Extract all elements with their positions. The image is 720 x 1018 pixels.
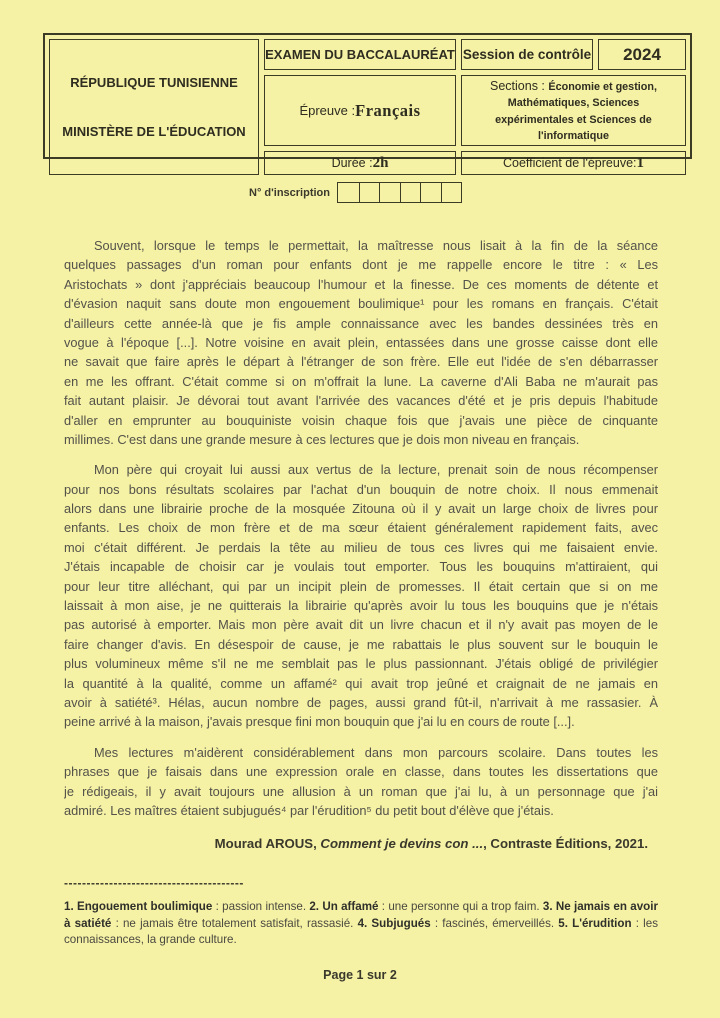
inscription-box-cell bbox=[338, 183, 359, 202]
year-value: 2024 bbox=[623, 45, 661, 65]
sections-label: Sections : bbox=[490, 79, 548, 93]
text-line: pour leur titre alléchant, qui par un in… bbox=[64, 577, 658, 596]
text-line: pour nos bons résultats scolaires par l'… bbox=[64, 480, 658, 499]
text-line: je rédigeais, il y avait toujours une al… bbox=[64, 782, 658, 801]
footnote-term: 4. Subjugués bbox=[358, 917, 431, 930]
text-line: J'étais incapable de choisir car je voul… bbox=[64, 557, 658, 576]
paragraph-3: Mes lectures m'aidèrent considérablement… bbox=[64, 743, 658, 821]
year-cell: 2024 bbox=[598, 39, 686, 70]
source-attribution: Mourad AROUS, Comment je devins con ...,… bbox=[64, 834, 658, 853]
text-line: 25peine arrivé à la maison, j'avais pres… bbox=[64, 712, 658, 731]
text-line: d'évasion naquit sans doute mon engoueme… bbox=[64, 294, 658, 313]
paragraph-2: Mon père qui croyait lui aussi aux vertu… bbox=[64, 460, 658, 731]
page-number: Page 1 sur 2 bbox=[0, 968, 720, 982]
footnotes: 1. Engouement boulimique : passion inten… bbox=[64, 899, 658, 949]
text-line: fait autant plaisir. Je dévorai tout ava… bbox=[64, 391, 658, 410]
inscription-box-cell bbox=[379, 183, 400, 202]
text-line: millimes. C'est dans une grande mesure à… bbox=[64, 430, 658, 449]
epreuve-value: Français bbox=[355, 101, 420, 121]
ministry-cell: RÉPUBLIQUE TUNISIENNE MINISTÈRE DE L'ÉDU… bbox=[49, 39, 259, 175]
coefficient-cell: Coefficient de l'épreuve: 1 bbox=[461, 151, 686, 175]
text-line: alors dans une librairie proche de la mo… bbox=[64, 499, 658, 518]
text-line: 15enfants. Les choix de mon frère et de … bbox=[64, 518, 658, 537]
attribution-author: Mourad AROUS, bbox=[215, 836, 321, 851]
text-line: en me les offrant. C'était comme si on m… bbox=[64, 372, 658, 391]
sections-cell: Sections : Économie et gestion, Mathémat… bbox=[461, 75, 686, 146]
footnote-term: 1. Engouement boulimique bbox=[64, 900, 212, 913]
inscription-boxes bbox=[337, 182, 462, 203]
exam-title: EXAMEN DU BACCALAURÉAT bbox=[265, 47, 455, 62]
text-line: faire changer d'avis. En désespoir de ca… bbox=[64, 635, 658, 654]
paragraph-1: Souvent, lorsque le temps le permettait,… bbox=[64, 236, 658, 449]
footnote-term: 5. L'érudition bbox=[558, 917, 631, 930]
text-line: la quantité à la qualité, comme un affam… bbox=[64, 674, 658, 693]
session-cell: Session de contrôle bbox=[461, 39, 593, 70]
exam-title-cell: EXAMEN DU BACCALAURÉAT bbox=[264, 39, 456, 70]
duree-cell: Durée : 2h bbox=[264, 151, 456, 175]
text-line: ne savait que faire après le départ à l'… bbox=[64, 352, 658, 371]
footnote-def: : ne jamais être totalement satisfait, r… bbox=[111, 917, 357, 930]
header-table: RÉPUBLIQUE TUNISIENNE MINISTÈRE DE L'ÉDU… bbox=[43, 33, 692, 159]
inscription-box-cell bbox=[400, 183, 421, 202]
exam-page: { "header": { "left_line1": "RÉPUBLIQUE … bbox=[0, 0, 720, 1018]
text-line: laissait à mon aise, je ne quitterais la… bbox=[64, 596, 658, 615]
footnote-def: : une personne qui a trop faim. bbox=[378, 900, 542, 913]
text-line: vogue à l'époque [...]. Notre voisine en… bbox=[64, 333, 658, 352]
text-line: avoir à satiété³. Hélas, aucun nombre de… bbox=[64, 693, 658, 712]
attribution-rest: , Contraste Éditions, 2021. bbox=[483, 836, 648, 851]
ministry-label: MINISTÈRE DE L'ÉDUCATION bbox=[62, 124, 245, 139]
footnote-term: 2. Un affamé bbox=[309, 900, 378, 913]
text-line: moi c'était différent. Je perdais la têt… bbox=[64, 538, 658, 557]
text-line: Aristochats » dont j'appréciais beaucoup… bbox=[64, 275, 658, 294]
footnote-separator: ---------------------------------------- bbox=[64, 874, 658, 888]
footnote-def: : passion intense. bbox=[212, 900, 309, 913]
coefficient-value: 1 bbox=[637, 155, 645, 172]
text-line: Mes lectures m'aidèrent considérablement… bbox=[64, 743, 658, 762]
inscription-box-cell bbox=[441, 183, 462, 202]
text-line: 20pas autorisé à emporter. Mais mon père… bbox=[64, 615, 658, 634]
coefficient-label: Coefficient de l'épreuve: bbox=[503, 156, 637, 170]
session-label: Session de contrôle bbox=[463, 47, 591, 62]
republic-label: RÉPUBLIQUE TUNISIENNE bbox=[70, 75, 238, 90]
epreuve-cell: Épreuve : Français bbox=[264, 75, 456, 146]
text-line: Souvent, lorsque le temps le permettait,… bbox=[64, 236, 658, 255]
text-line: admiré. Les maîtres étaient subjugués⁴ p… bbox=[64, 801, 658, 820]
inscription-box-cell bbox=[420, 183, 441, 202]
attribution-title: Comment je devins con ... bbox=[320, 836, 483, 851]
text-line: Mon père qui croyait lui aussi aux vertu… bbox=[64, 460, 658, 479]
inscription-box-cell bbox=[359, 183, 380, 202]
footnote-def: : fascinés, émerveillés. bbox=[431, 917, 559, 930]
inscription-label: N° d'inscription bbox=[200, 187, 330, 199]
duree-label: Durée : bbox=[332, 156, 373, 170]
header-grid: RÉPUBLIQUE TUNISIENNE MINISTÈRE DE L'ÉDU… bbox=[49, 39, 686, 153]
sections-text: Sections : Économie et gestion, Mathémat… bbox=[467, 78, 680, 143]
duree-value: 2h bbox=[373, 155, 389, 172]
epreuve-label: Épreuve : bbox=[299, 103, 355, 118]
reading-passage: Souvent, lorsque le temps le permettait,… bbox=[64, 236, 658, 949]
text-line: plus volumineux même s'il ne me semblait… bbox=[64, 654, 658, 673]
text-line: 10d'aller en emprunter au bouquiniste vo… bbox=[64, 411, 658, 430]
text-line: phrases que je faisais dans une expressi… bbox=[64, 762, 658, 781]
text-line: quelques passages d'un roman pour enfant… bbox=[64, 255, 658, 274]
text-line: 5d'ailleurs cette année-là que je fis am… bbox=[64, 314, 658, 333]
